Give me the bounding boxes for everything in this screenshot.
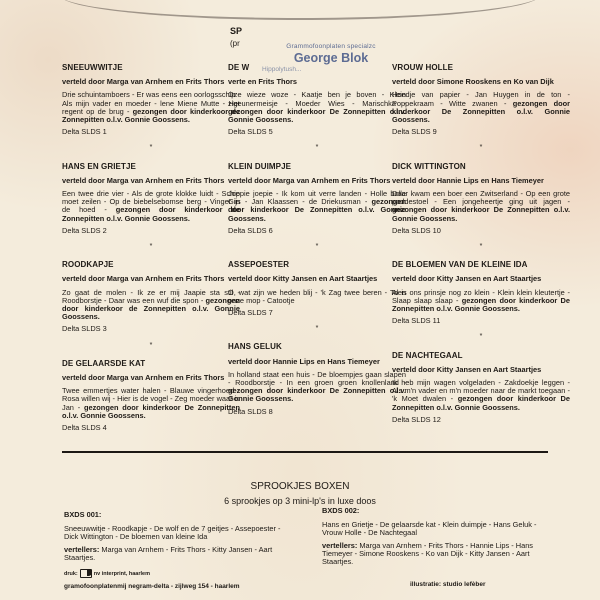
record-title: DE W bbox=[228, 64, 406, 72]
record-column-3: VROUW HOLLEverteld door Simone Rooskens … bbox=[392, 64, 570, 428]
printer-name: nv interprint, haarlem bbox=[94, 571, 150, 577]
record-entry: ROODKAPJEverteld door Marga van Arnhem e… bbox=[62, 261, 240, 333]
record-narrators: verteld door Marga van Arnhem en Frits T… bbox=[62, 177, 240, 185]
separator-star: * bbox=[62, 243, 240, 251]
record-entry: KLEIN DUIMPJEverteld door Marga van Arnh… bbox=[228, 163, 406, 235]
publisher-address: gramofoonplatenmij negram-delta - zijlwe… bbox=[64, 583, 240, 590]
record-songs: Zo gaat de molen - Ik ze er mij Jaapie s… bbox=[62, 289, 240, 322]
printer-label: druk: bbox=[64, 571, 78, 577]
box-code: BXDS 001: bbox=[64, 511, 294, 519]
separator-star: * bbox=[62, 144, 240, 152]
choir-credit: gezongen door kinderkoor De Zonnepitten … bbox=[228, 107, 406, 124]
separator-star: * bbox=[228, 243, 406, 251]
record-songs: O, wat zijn we heden blij - 'k Zag twee … bbox=[228, 289, 406, 305]
box-set-002: BXDS 002: Hans en Grietje - De gelaarsde… bbox=[322, 507, 552, 566]
record-songs: Een twee drie vier - Als de grote klokke… bbox=[62, 190, 240, 223]
record-entry: HANS GELUKverteld door Hannie Lips en Ha… bbox=[228, 343, 406, 415]
separator-star: * bbox=[392, 144, 570, 152]
record-songs: Al is ons prinsje nog zo klein - Klein k… bbox=[392, 289, 570, 314]
catalog-number: Delta SLDS 2 bbox=[62, 227, 240, 235]
stamp-line-2: George Blok bbox=[262, 51, 400, 65]
catalog-number: Delta SLDS 6 bbox=[228, 227, 406, 235]
record-title: ASSEPOESTER bbox=[228, 261, 406, 269]
catalog-number: Delta SLDS 8 bbox=[228, 408, 406, 416]
record-narrators: verteld door Marga van Arnhem en Frits T… bbox=[62, 275, 240, 283]
record-column-2: DE Wverte en Frits ThorsOze wieze woze -… bbox=[228, 64, 406, 420]
catalog-number: Delta SLDS 11 bbox=[392, 317, 570, 325]
boxen-subtitle: 6 sprookjes op 3 mini-lp's in luxe doos bbox=[0, 496, 600, 506]
catalog-number: Delta SLDS 12 bbox=[392, 416, 570, 424]
catalog-number: Delta SLDS 5 bbox=[228, 128, 406, 136]
section-divider bbox=[62, 451, 548, 453]
record-entry: DE GELAARSDE KATverteld door Marga van A… bbox=[62, 360, 240, 432]
catalog-number: Delta SLDS 10 bbox=[392, 227, 570, 235]
separator-star: * bbox=[228, 325, 406, 333]
stamp-line-1: Grammofoonplaten specialzc bbox=[262, 43, 400, 50]
catalog-number: Delta SLDS 7 bbox=[228, 309, 406, 317]
record-narrators: verteld door Kitty Jansen en Aart Staart… bbox=[228, 275, 406, 283]
header-title: SP bbox=[230, 26, 242, 36]
illustration-credit: illustratie: studio lefèber bbox=[410, 581, 486, 588]
separator-star: * bbox=[62, 342, 240, 350]
record-narrators: verteld door Marga van Arnhem en Frits T… bbox=[62, 374, 240, 382]
record-narrators: verteld door Marga van Arnhem en Frits T… bbox=[228, 177, 406, 185]
catalog-number: Delta SLDS 3 bbox=[62, 325, 240, 333]
choir-credit: gezongen door kinderkoor De Zonnepitten … bbox=[228, 386, 406, 403]
song-list: Oze wieze woze - Kaatje ben je boven - K… bbox=[228, 90, 406, 107]
record-songs: Oze wieze woze - Kaatje ben je boven - K… bbox=[228, 91, 406, 124]
record-songs: Hoedje van papier - Jan Huygen in de ton… bbox=[392, 91, 570, 124]
separator-star: * bbox=[228, 144, 406, 152]
record-title: DE GELAARSDE KAT bbox=[62, 360, 240, 368]
record-title: VROUW HOLLE bbox=[392, 64, 570, 72]
record-entry: DE NACHTEGAALverteld door Kitty Jansen e… bbox=[392, 352, 570, 424]
separator-star: * bbox=[392, 243, 570, 251]
record-title: DE BLOEMEN VAN DE KLEINE IDA bbox=[392, 261, 570, 269]
catalog-number: Delta SLDS 9 bbox=[392, 128, 570, 136]
boxen-title: SPROOKJES BOXEN bbox=[0, 481, 600, 492]
record-songs: Twee emmertjes water halen - Blauwe ving… bbox=[62, 387, 240, 420]
record-entry: DE BLOEMEN VAN DE KLEINE IDAverteld door… bbox=[392, 261, 570, 325]
song-list: O, wat zijn we heden blij - 'k Zag twee … bbox=[228, 288, 406, 305]
song-list: In holland staat een huis - De bloempjes… bbox=[228, 370, 406, 387]
record-title: KLEIN DUIMPJE bbox=[228, 163, 406, 171]
record-title: HANS EN GRIETJE bbox=[62, 163, 240, 171]
boxen-heading: SPROOKJES BOXEN 6 sprookjes op 3 mini-lp… bbox=[0, 481, 600, 506]
record-entry: DE Wverte en Frits ThorsOze wieze woze -… bbox=[228, 64, 406, 136]
record-songs: Daar kwam een boer een Zwitserland - Op … bbox=[392, 190, 570, 223]
record-songs: Drie schuintamboers - Er was eens een oo… bbox=[62, 91, 240, 124]
box-set-001: BXDS 001: Sneeuwwitje - Roodkapje - De w… bbox=[64, 511, 294, 562]
record-narrators: verte en Frits Thors bbox=[228, 78, 406, 86]
song-list: Daar kwam een boer een Zwitserland - Op … bbox=[392, 189, 570, 206]
record-entry: DICK WITTINGTONverteld door Hannie Lips … bbox=[392, 163, 570, 235]
header-subtitle: (pr bbox=[230, 39, 242, 48]
record-narrators: verteld door Kitty Jansen en Aart Staart… bbox=[392, 366, 570, 374]
record-entry: VROUW HOLLEverteld door Simone Rooskens … bbox=[392, 64, 570, 136]
catalog-number: Delta SLDS 1 bbox=[62, 128, 240, 136]
box-narrators: vertellers: Marga van Arnhem - Frits Tho… bbox=[322, 542, 552, 567]
record-entry: ASSEPOESTERverteld door Kitty Jansen en … bbox=[228, 261, 406, 317]
printer-credit: druk: nv interprint, haarlem bbox=[64, 569, 150, 578]
record-songs: In holland staat een huis - De bloempjes… bbox=[228, 371, 406, 404]
record-title: SNEEUWWITJE bbox=[62, 64, 240, 72]
record-entry: SNEEUWWITJEverteld door Marga van Arnhem… bbox=[62, 64, 240, 136]
record-title: DICK WITTINGTON bbox=[392, 163, 570, 171]
record-narrators: verteld door Simone Rooskens en Ko van D… bbox=[392, 78, 570, 86]
box-narrators: vertellers: Marga van Arnhem - Frits Tho… bbox=[64, 546, 294, 562]
record-narrators: verteld door Hannie Lips en Hans Tiemeye… bbox=[392, 177, 570, 185]
record-title: ROODKAPJE bbox=[62, 261, 240, 269]
box-code: BXDS 002: bbox=[322, 507, 552, 515]
record-entry: HANS EN GRIETJEverteld door Marga van Ar… bbox=[62, 163, 240, 235]
box-titles: Sneeuwwitje - Roodkapje - De wolf en de … bbox=[64, 525, 294, 541]
choir-credit: gezongen door kinderkoor De Zonnepitten … bbox=[392, 205, 570, 222]
box-titles: Hans en Grietje - De gelaarsde kat - Kle… bbox=[322, 521, 552, 537]
record-title: HANS GELUK bbox=[228, 343, 406, 351]
separator-star: * bbox=[392, 333, 570, 341]
interprint-logo-icon bbox=[80, 569, 92, 578]
catalog-number: Delta SLDS 4 bbox=[62, 424, 240, 432]
record-songs: Joepie joepie - Ik kom uit verre landen … bbox=[228, 190, 406, 223]
choir-credit: gezongen door kinderkoor De Zonnepitten … bbox=[62, 403, 240, 420]
header: SP (pr bbox=[230, 26, 242, 48]
record-title: DE NACHTEGAAL bbox=[392, 352, 570, 360]
record-songs: Ik heb mijn wagen volgeladen - Zakdoekje… bbox=[392, 379, 570, 412]
record-column-1: SNEEUWWITJEverteld door Marga van Arnhem… bbox=[62, 64, 240, 436]
record-narrators: verteld door Kitty Jansen en Aart Staart… bbox=[392, 275, 570, 283]
record-narrators: verteld door Hannie Lips en Hans Tiemeye… bbox=[228, 358, 406, 366]
record-narrators: verteld door Marga van Arnhem en Frits T… bbox=[62, 78, 240, 86]
